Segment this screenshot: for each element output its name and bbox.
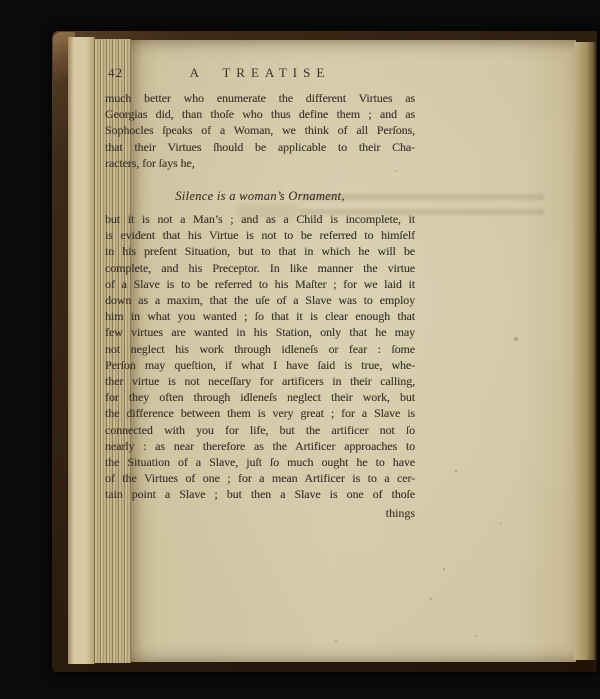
text-line: but it is not a Man’s ; and as a Child i… [105,211,415,227]
text-line: Perſon may queſtion, if what I have ſaid… [105,357,415,373]
page-number: 42 [108,65,123,81]
text-line: that their Virtues ſhould be applicable … [105,139,415,155]
catchword: things [105,506,415,521]
page-edges-band [68,37,95,664]
text-line: racters, for ſays he, [105,155,415,171]
text-line: the Situation of a Slave, juſt ſo much o… [105,454,415,470]
text-line: of a Slave is to be referred to his Maſt… [105,276,415,292]
text-line: tain point a Slave ; but then a Slave is… [105,486,415,502]
foxing-speckles [455,470,457,472]
photo-of-book: 42 A TREATISE much better who enumerate … [0,0,600,699]
verse-quote: Silence is a woman’s Ornament, [105,189,415,204]
text-line: is evident that his Virtue is not to be … [105,227,415,243]
text-line: Sophocles ſpeaks of a Woman, we think of… [105,122,415,138]
text-line: much better who enumerate the different … [105,90,415,106]
text-line: him in what you wanted ; ſo that it is c… [105,308,415,324]
fore-edge [574,42,596,660]
text-line: Georgias did, than thoſe who thus define… [105,106,415,122]
page-header: 42 A TREATISE [105,65,415,81]
text-line: few virtues are wanted in his Station, o… [105,324,415,340]
text-block: 42 A TREATISE much better who enumerate … [105,65,415,521]
running-title: A TREATISE [105,65,415,81]
text-line: for they often through idleneſs neglect … [105,389,415,405]
text-line: ther virtue is not neceſſary for artific… [105,373,415,389]
text-line: in his preſent Situation, but to that in… [105,243,415,259]
text-line: nearly : as near therefore as the Artifi… [105,438,415,454]
text-line: complete, and his Preceptor. In like man… [105,260,415,276]
text-line: down as a maxim, that the uſe of a Slave… [105,292,415,308]
text-line: of the Virtues of one ; for a mean Artif… [105,470,415,486]
text-line: not neglect his work through idleneſs or… [105,341,415,357]
paragraph: but it is not a Man’s ; and as a Child i… [105,211,415,503]
text-line: the difference between them is very grea… [105,405,415,421]
paragraph: much better who enumerate the different … [105,90,415,171]
text-line: connected with you for life, but the art… [105,422,415,438]
